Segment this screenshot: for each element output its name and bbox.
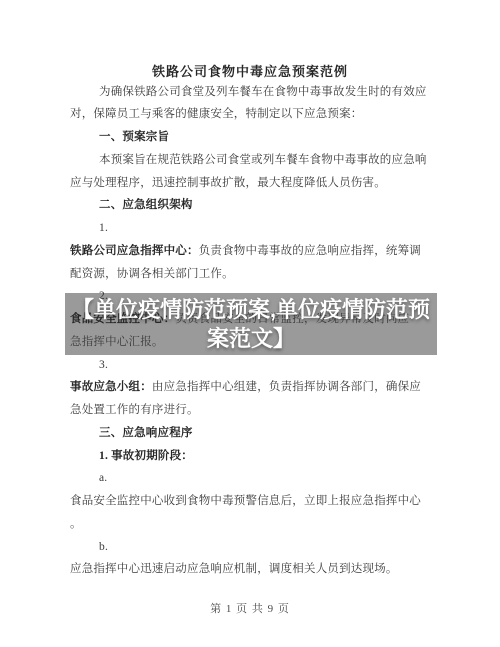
step-letter-b: b. [70, 536, 428, 559]
section-heading-2: 二、应急组织架构 [70, 194, 428, 217]
item-3-term: 事故应急小组： [70, 381, 152, 393]
list-number-1: 1. [70, 217, 428, 240]
item-3-text: 由应急指挥中心组建，负责指挥协调各部门，确保应 [152, 381, 421, 393]
purpose-line-1: 本预案旨在规范铁路公司食堂或列车餐车食物中毒事故的应急响 [70, 149, 428, 172]
document-page: 铁路公司食物中毒应急预案范例 为确保铁路公司食堂及列车餐车在食物中毒事故发生时的… [0, 0, 500, 647]
step-a-line-2: 。 [70, 513, 428, 536]
section-heading-1: 一、预案宗旨 [70, 126, 428, 149]
item-1-term: 铁路公司应急指挥中心： [70, 245, 199, 257]
item-3-line-2: 急处置工作的有序进行。 [70, 399, 428, 422]
intro-line-2: 对，保障员工与乘客的健康安全，特制定以下应急预案： [70, 103, 428, 126]
step-a-line-1: 食品安全监控中心收到食物中毒预警信息后，立即上报应急指挥中心 [70, 490, 428, 513]
step-b-line-1: 应急指挥中心迅速启动应急响应机制，调度相关人员到达现场。 [70, 558, 428, 581]
item-1-line-2: 配资源，协调各相关部门工作。 [70, 263, 428, 286]
item-3-line-1: 事故应急小组：由应急指挥中心组建，负责指挥协调各部门，确保应 [70, 376, 428, 399]
step-letter-a: a. [70, 467, 428, 490]
purpose-line-2: 应与处理程序，迅速控制事故扩散，最大程度降低人员伤害。 [70, 172, 428, 195]
section-heading-3: 三、应急响应程序 [70, 422, 428, 445]
document-title: 铁路公司食物中毒应急预案范例 [0, 61, 500, 80]
list-number-3: 3. [70, 354, 428, 377]
watermark-overlay-text: 【单位疫情防范预案,单位疫情防范预案范文】 [65, 293, 437, 355]
intro-line-1: 为确保铁路公司食堂及列车餐车在食物中毒事故发生时的有效应 [70, 81, 428, 104]
subsection-heading-1: 1. 事故初期阶段： [70, 445, 428, 468]
item-1-line-1: 铁路公司应急指挥中心：负责食物中毒事故的应急响应指挥，统筹调 [70, 240, 428, 263]
page-footer: 第 1 页 共 9 页 [0, 601, 500, 617]
item-1-text: 负责食物中毒事故的应急响应指挥，统筹调 [199, 245, 421, 257]
